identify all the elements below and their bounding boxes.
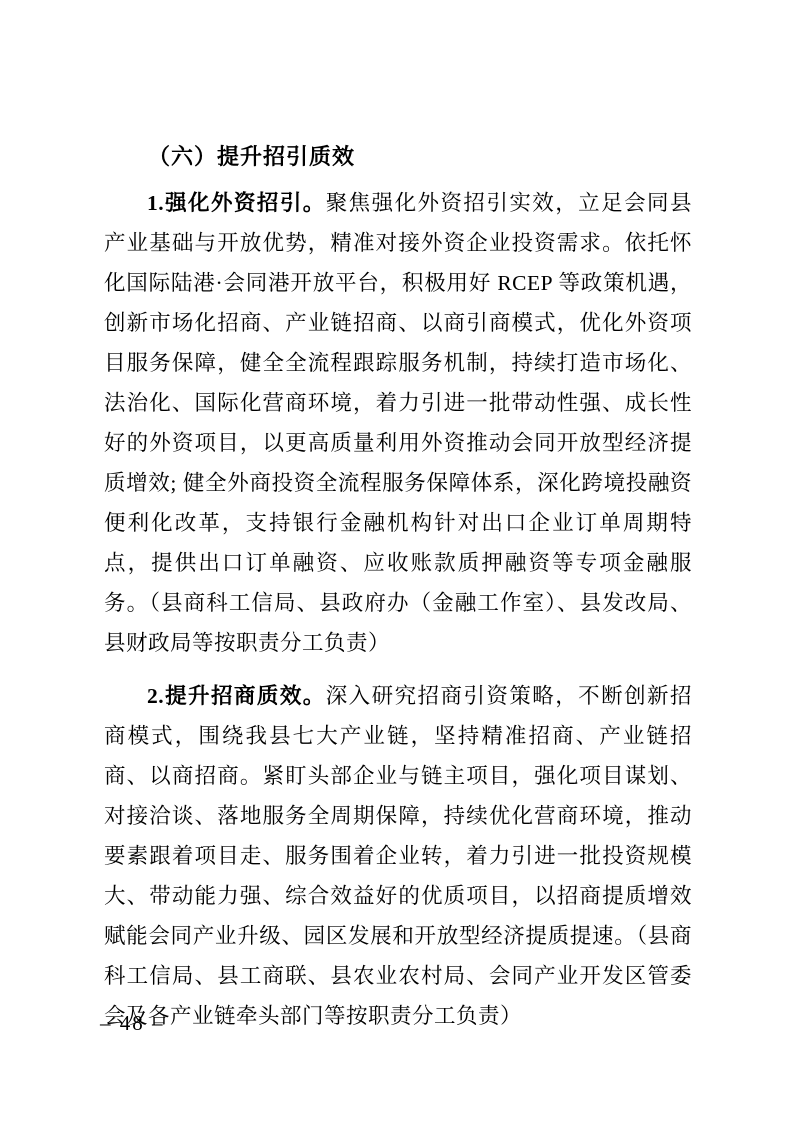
document-page: （六）提升招引质效 1.强化外资招引。聚焦强化外资招引实效，立足会同县产业基础与… [0,0,793,1122]
page-number: – 48 – [100,1008,165,1038]
paragraph-1-lead: 1.强化外资招引。 [147,191,326,215]
paragraph-1-text: 聚焦强化外资招引实效，立足会同县产业基础与开放优势，精准对接外资企业投资需求。依… [104,191,692,655]
paragraph-2: 2.提升招商质效。深入研究招商引资策略，不断创新招商模式，围绕我县七大产业链，坚… [104,676,692,1036]
section-heading: （六）提升招引质效 [104,137,692,177]
document-body: （六）提升招引质效 1.强化外资招引。聚焦强化外资招引实效，立足会同县产业基础与… [104,137,692,1036]
paragraph-1: 1.强化外资招引。聚焦强化外资招引实效，立足会同县产业基础与开放优势，精准对接外… [104,183,692,663]
paragraph-2-text: 深入研究招商引资策略，不断创新招商模式，围绕我县七大产业链，坚持精准招商、产业链… [104,684,692,1028]
paragraph-2-lead: 2.提升招商质效。 [147,684,326,708]
